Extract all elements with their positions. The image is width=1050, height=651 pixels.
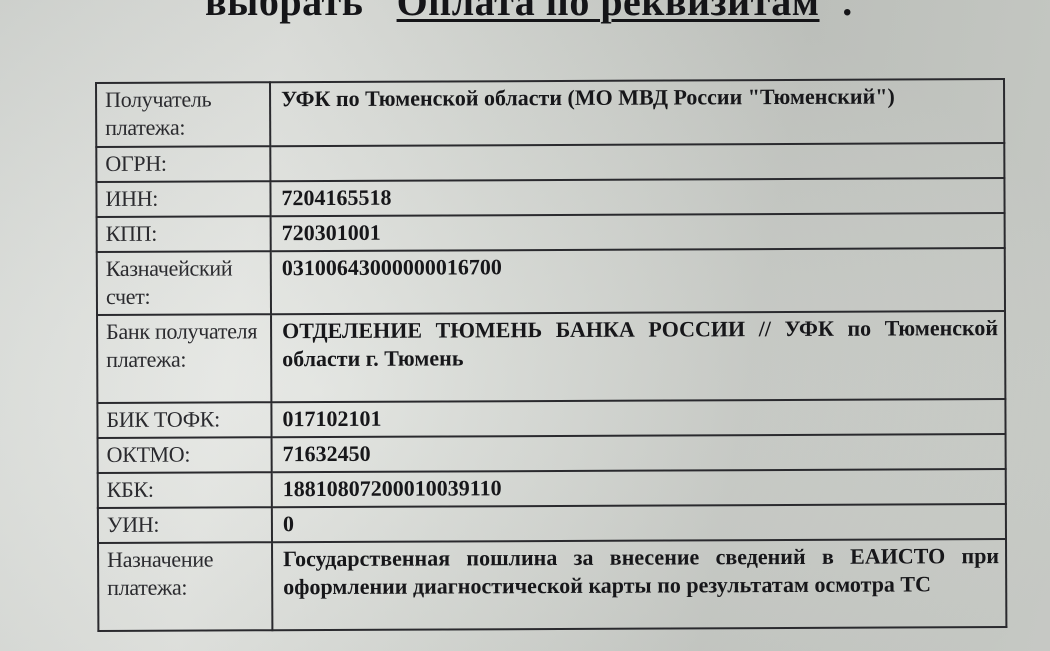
value-oktmo: 71632450 (272, 434, 1006, 472)
row-treasury-account: Казначейский счет: 03100643000000016700 (97, 248, 1005, 315)
heading-underlined: Оплата по реквизитам (397, 0, 820, 24)
label-treasury-account: Казначейский счет: (97, 251, 271, 315)
row-oktmo: ОКТМО: 71632450 (98, 434, 1006, 473)
label-recipient: Получатель платежа: (96, 82, 270, 147)
payment-requisites-table: Получатель платежа: УФК по Тюменской обл… (95, 78, 1007, 632)
row-inn: ИНН: 7204165518 (96, 178, 1004, 217)
label-ogrn: ОГРН: (96, 146, 270, 182)
row-recipient-bank: Банк получателя платежа: ОТДЕЛЕНИЕ ТЮМЕН… (97, 311, 1005, 403)
instruction-heading: выбрать "Оплата по реквизитам". (205, 0, 853, 25)
label-payment-purpose: Назначение платежа: (98, 542, 272, 631)
heading-suffix: ". (820, 0, 853, 24)
label-uin: УИН: (98, 507, 272, 543)
value-kbk: 18810807200010039110 (272, 469, 1006, 507)
value-ogrn (270, 143, 1004, 181)
label-kbk: КБК: (98, 472, 272, 508)
value-uin: 0 (272, 504, 1006, 542)
label-recipient-bank: Банк получателя платежа: (97, 314, 271, 403)
row-kpp: КПП: 720301001 (97, 213, 1005, 252)
row-kbk: КБК: 18810807200010039110 (98, 469, 1006, 508)
row-recipient: Получатель платежа: УФК по Тюменской обл… (96, 79, 1004, 147)
label-oktmo: ОКТМО: (98, 437, 272, 473)
label-kpp: КПП: (97, 216, 271, 252)
value-treasury-account: 03100643000000016700 (271, 248, 1005, 314)
row-bik-tofk: БИК ТОФК: 017102101 (97, 399, 1005, 438)
row-uin: УИН: 0 (98, 504, 1006, 543)
value-inn: 7204165518 (270, 178, 1004, 216)
label-inn: ИНН: (96, 181, 270, 217)
row-ogrn: ОГРН: (96, 143, 1004, 182)
value-recipient: УФК по Тюменской области (МО МВД России … (270, 79, 1004, 146)
heading-prefix: выбрать " (205, 0, 397, 24)
label-bik-tofk: БИК ТОФК: (97, 402, 271, 438)
value-bik-tofk: 017102101 (271, 399, 1005, 437)
value-kpp: 720301001 (271, 213, 1005, 251)
row-payment-purpose: Назначение платежа: Государственная пошл… (98, 539, 1006, 631)
value-recipient-bank: ОТДЕЛЕНИЕ ТЮМЕНЬ БАНКА РОССИИ // УФК по … (271, 311, 1005, 402)
value-payment-purpose: Государственная пошлина за внесение свед… (272, 539, 1006, 630)
